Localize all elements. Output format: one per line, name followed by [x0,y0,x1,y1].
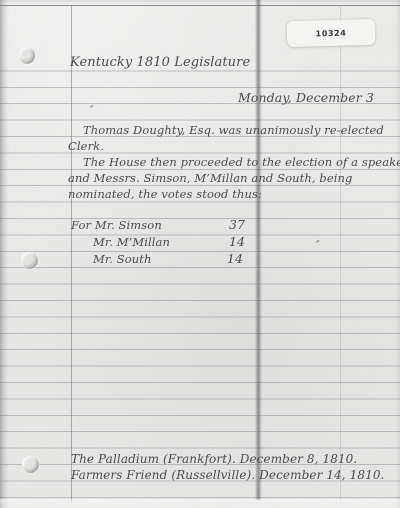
citation-1: The Palladium (Frankfort). December 8, 1… [71,452,357,466]
body-line-2: Clerk. [68,139,104,153]
faint-vertical-line [340,5,341,500]
fold-crease [255,0,262,500]
body-line-5: nominated, the votes stood thus: [68,187,262,201]
tally-votes: 14 [227,251,243,266]
note-heading: Kentucky 1810 Legislature [70,55,250,70]
id-sticker-number: 10324 [315,28,346,38]
scan-edge-top [0,0,400,3]
tally-candidate: Mr. South [93,252,151,266]
body-line-4: and Messrs. Simson, M’Millan and South, … [68,171,352,185]
tally-votes: 37 [229,217,245,232]
body-line-1: Thomas Doughty, Esq. was unanimously re-… [83,123,384,137]
punch-hole-top [19,47,36,64]
tally-candidate: For Mr. Simson [71,218,162,232]
citation-2: Farmers Friend (Russellville). December … [71,468,384,482]
open-quote-mark: ″ [90,105,94,116]
margin-line [71,5,72,503]
scan-edge-right [395,0,400,508]
scan-edge-left [0,0,9,508]
paper-bottom-edge [0,499,400,508]
id-sticker: 10324 [287,19,376,47]
tally-candidate: Mr. M’Millan [93,235,170,249]
tally-votes: 14 [229,234,245,249]
punch-hole-bottom [22,456,39,473]
note-dateline: Monday, December 3 [238,90,374,105]
scanned-notebook-page: 10324 Kentucky 1810 Legislature Monday, … [0,0,400,508]
ditto-mark: ″ [316,240,320,251]
body-line-3: The House then proceeded to the election… [83,155,400,169]
punch-hole-middle [21,252,38,269]
